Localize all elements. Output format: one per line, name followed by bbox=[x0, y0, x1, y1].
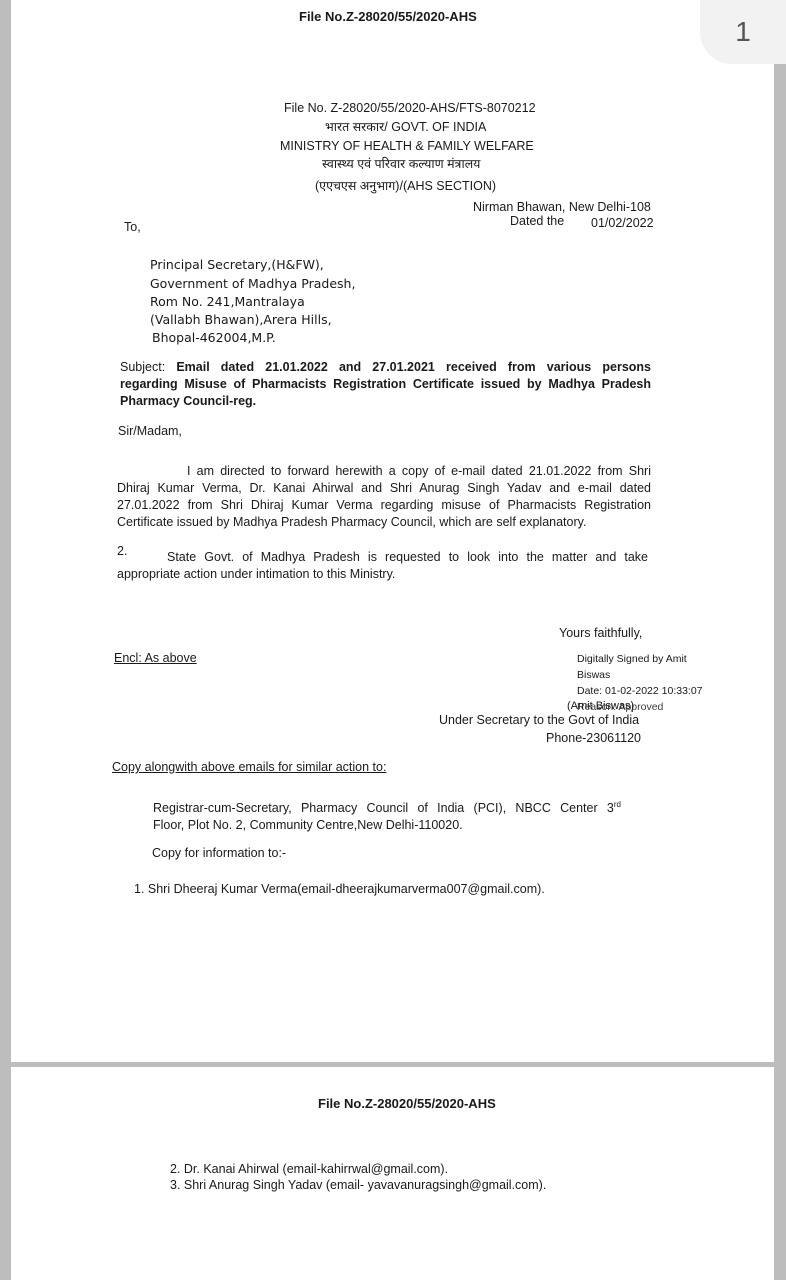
paragraph-1: I am directed to forward herewith a copy… bbox=[117, 463, 651, 531]
letterhead-section: (एएचएस अनुभाग)/(AHS SECTION) bbox=[315, 179, 496, 194]
paragraph-line: appropriate action under intimation to t… bbox=[117, 566, 648, 583]
recipient-line: Rom No. 241,Mantralaya bbox=[150, 294, 305, 309]
subject-block: Subject: Email dated 21.01.2022 and 27.0… bbox=[120, 359, 651, 410]
info-list-item: 3. Shri Anurag Singh Yadav (email- yavav… bbox=[170, 1178, 546, 1193]
ordinal-suffix: rd bbox=[614, 800, 621, 809]
page-header-file-no: File No.Z-28020/55/2020-AHS bbox=[318, 1096, 496, 1111]
paragraph-line: State Govt. of Madhya Pradesh is request… bbox=[117, 549, 648, 566]
paragraph-line: 27.01.2022 from Shri Dhiraj Kumar Verma … bbox=[117, 497, 651, 514]
document-page-2: File No.Z-28020/55/2020-AHS 2. Dr. Kanai… bbox=[11, 1067, 774, 1280]
signatory-phone: Phone-23061120 bbox=[546, 731, 641, 746]
signature-line: Biswas bbox=[577, 668, 610, 683]
info-list-item: 2. Dr. Kanai Ahirwal (email-kahirrwal@gm… bbox=[170, 1162, 448, 1177]
dated-label: Dated the bbox=[510, 214, 564, 229]
page-number-indicator: 1 bbox=[700, 0, 786, 64]
enclosure-note: Encl: As above bbox=[114, 651, 197, 666]
to-label: To, bbox=[124, 220, 141, 235]
info-list-item: 1. Shri Dheeraj Kumar Verma(email-dheera… bbox=[134, 882, 545, 897]
closing: Yours faithfully, bbox=[559, 626, 642, 641]
document-page-1: File No.Z-28020/55/2020-AHS File No. Z-2… bbox=[11, 0, 774, 1062]
recipient-line: Government of Madhya Pradesh, bbox=[150, 276, 355, 291]
page-header-file-no: File No.Z-28020/55/2020-AHS bbox=[299, 9, 477, 24]
subject-label: Subject: bbox=[120, 360, 165, 374]
copy-heading: Copy alongwith above emails for similar … bbox=[112, 760, 386, 775]
letterhead-ministry-en: MINISTRY OF HEALTH & FAMILY WELFARE bbox=[280, 139, 534, 154]
signatory-designation: Under Secretary to the Govt of India bbox=[439, 713, 639, 728]
salutation: Sir/Madam, bbox=[118, 424, 182, 439]
signature-date: Date: 01-02-2022 10:33:07 bbox=[577, 684, 703, 699]
paragraph-line: Certificate issued by Madhya Pradesh Pha… bbox=[117, 514, 651, 531]
recipient-line: Principal Secretary,(H&FW), bbox=[150, 257, 324, 272]
letterhead-govt: भारत सरकार/ GOVT. OF INDIA bbox=[325, 120, 486, 135]
signature-line: Digitally Signed by Amit bbox=[577, 652, 687, 667]
letterhead-address: Nirman Bhawan, New Delhi-108 bbox=[473, 200, 651, 215]
subject-line: Pharmacy Council-reg. bbox=[120, 393, 651, 410]
letterhead-ministry-hi: स्वास्थ्य एवं परिवार कल्याण मंत्रालय bbox=[322, 157, 480, 172]
paragraph-line: I am directed to forward herewith a copy… bbox=[117, 463, 651, 480]
copy-recipient-line: Registrar-cum-Secretary, Pharmacy Counci… bbox=[153, 801, 614, 815]
recipient-line: (Vallabh Bhawan),Arera Hills, bbox=[150, 312, 332, 327]
subject-line: regarding Misuse of Pharmacists Registra… bbox=[120, 376, 651, 393]
letterhead-file-no: File No. Z-28020/55/2020-AHS/FTS-8070212 bbox=[284, 101, 536, 116]
paragraph-line: Dhiraj Kumar Verma, Dr. Kanai Ahirwal an… bbox=[117, 480, 651, 497]
subject-line: Email dated 21.01.2022 and 27.01.2021 re… bbox=[176, 360, 651, 374]
recipient-line: Bhopal-462004,M.P. bbox=[152, 330, 276, 345]
copy-recipient: Registrar-cum-Secretary, Pharmacy Counci… bbox=[153, 796, 621, 834]
info-heading: Copy for information to:- bbox=[152, 846, 286, 861]
paragraph-2: State Govt. of Madhya Pradesh is request… bbox=[117, 549, 648, 583]
copy-recipient-line: Floor, Plot No. 2, Community Centre,New … bbox=[153, 817, 621, 834]
letter-date: 01/02/2022 bbox=[591, 216, 654, 231]
